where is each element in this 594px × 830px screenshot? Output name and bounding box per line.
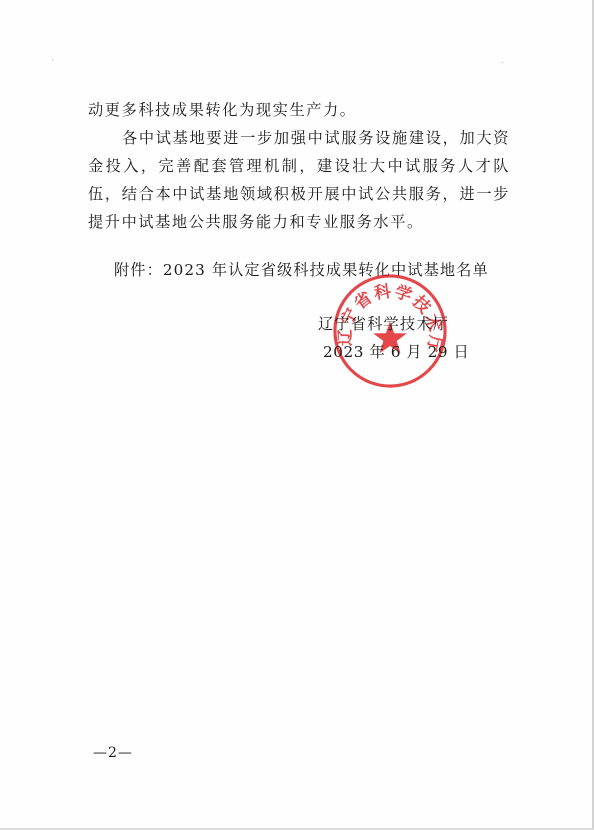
scan-speck: [52, 59, 53, 60]
body-text: 动更多科技成果转化为现实生产力。 各中试基地要进一步加强中试服务设施建设，加大资…: [88, 96, 510, 236]
document-page: 动更多科技成果转化为现实生产力。 各中试基地要进一步加强中试服务设施建设，加大资…: [0, 0, 594, 830]
issue-date: 2023 年 6 月 29 日: [323, 338, 469, 366]
page-number: —2—: [93, 744, 133, 762]
issuing-authority: 辽宁省科学技术厅: [318, 310, 449, 338]
scan-speck: [502, 62, 503, 63]
paragraph-pilot-base-requirements: 各中试基地要进一步加强中试服务设施建设，加大资金投入，完善配套管理机制，建设壮大…: [88, 124, 510, 236]
paragraph-continuation: 动更多科技成果转化为现实生产力。: [88, 96, 510, 124]
